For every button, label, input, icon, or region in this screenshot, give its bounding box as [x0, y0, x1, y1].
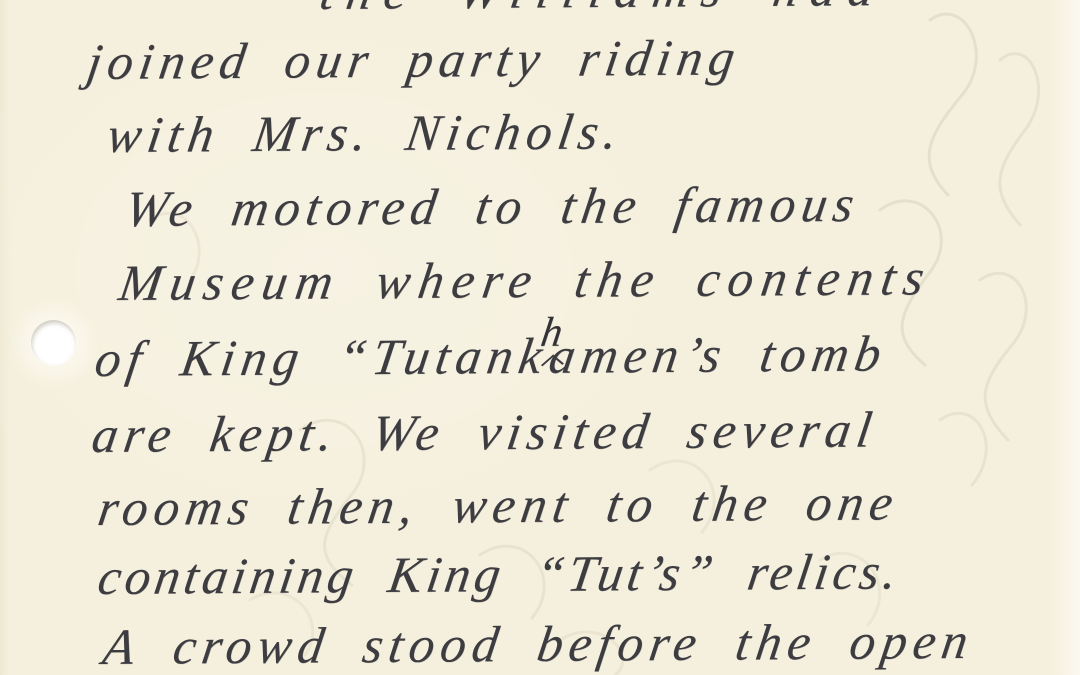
handwritten-line: rooms then, went to the one: [94, 474, 903, 538]
scanned-page: the Williams had joined our party riding…: [0, 0, 1080, 675]
handwritten-line: are kept. We visited several: [88, 402, 881, 465]
handwritten-line: with Mrs. Nichols.: [103, 103, 627, 165]
handwritten-line-with-insertion: of King “Tutankhamen’s tomb: [91, 325, 891, 389]
handwritten-line: joined our party riding: [83, 29, 744, 92]
handwritten-line: We motored to the famous: [121, 176, 863, 239]
punch-hole: [31, 320, 76, 365]
handwritten-line: Museum where the contents: [115, 249, 936, 313]
handwritten-line: containing King “Tut’s” relics.: [94, 543, 905, 607]
line-text-before-insertion: of King “Tutank: [91, 329, 552, 388]
handwritten-line: A crowd stood before the open: [99, 613, 978, 675]
line-text-after-insertion: amen’s tomb: [545, 326, 890, 384]
